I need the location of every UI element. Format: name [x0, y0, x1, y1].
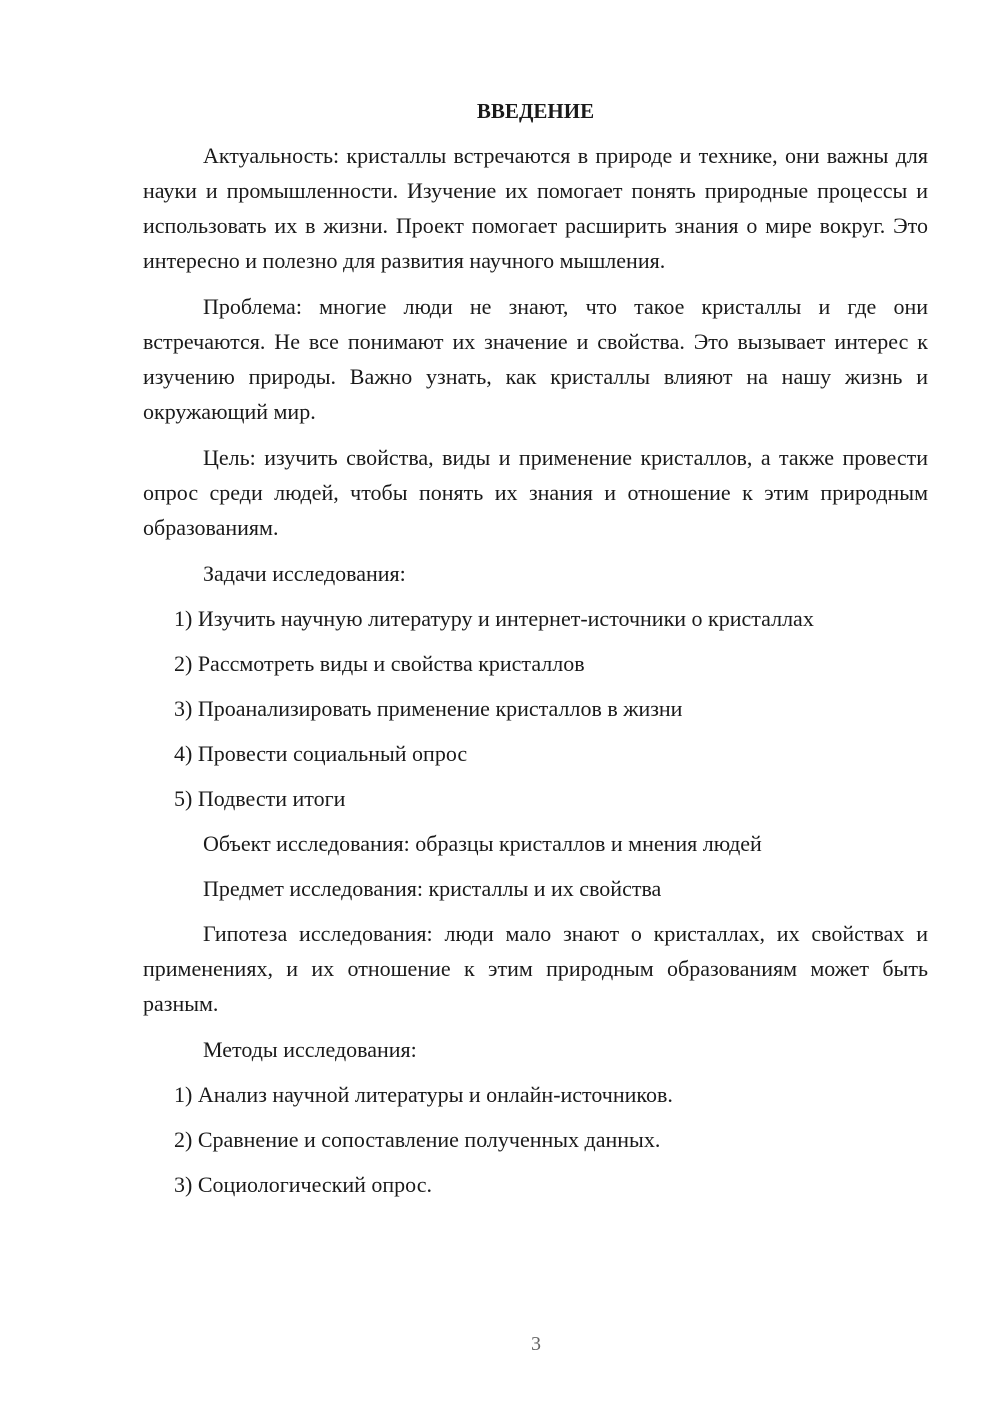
page-number: 3 — [0, 1333, 1000, 1356]
subject-line: Предмет исследования: кристаллы и их сво… — [143, 871, 928, 906]
task-item: 5) Подвести итоги — [143, 781, 928, 816]
document-page: ВВЕДЕНИЕ Актуальность: кристаллы встреча… — [0, 0, 1000, 1414]
tasks-list: 1) Изучить научную литературу и интернет… — [143, 601, 928, 816]
methods-list: 1) Анализ научной литературы и онлайн-ис… — [143, 1077, 928, 1202]
page-content: ВВЕДЕНИЕ Актуальность: кристаллы встреча… — [143, 96, 928, 1212]
goal-paragraph: Цель: изучить свойства, виды и применени… — [143, 440, 928, 545]
task-item: 3) Проанализировать применение кристалло… — [143, 691, 928, 726]
tasks-heading: Задачи исследования: — [143, 556, 928, 591]
object-line: Объект исследования: образцы кристаллов … — [143, 826, 928, 861]
problem-paragraph: Проблема: многие люди не знают, что тако… — [143, 289, 928, 429]
task-item: 4) Провести социальный опрос — [143, 736, 928, 771]
task-item: 1) Изучить научную литературу и интернет… — [143, 601, 928, 636]
methods-heading: Методы исследования: — [143, 1032, 928, 1067]
method-item: 3) Социологический опрос. — [143, 1167, 928, 1202]
hypothesis-paragraph: Гипотеза исследования: люди мало знают о… — [143, 916, 928, 1021]
relevance-paragraph: Актуальность: кристаллы встречаются в пр… — [143, 138, 928, 278]
method-item: 2) Сравнение и сопоставление полученных … — [143, 1122, 928, 1157]
method-item: 1) Анализ научной литературы и онлайн-ис… — [143, 1077, 928, 1112]
section-title: ВВЕДЕНИЕ — [143, 96, 928, 126]
task-item: 2) Рассмотреть виды и свойства кристалло… — [143, 646, 928, 681]
